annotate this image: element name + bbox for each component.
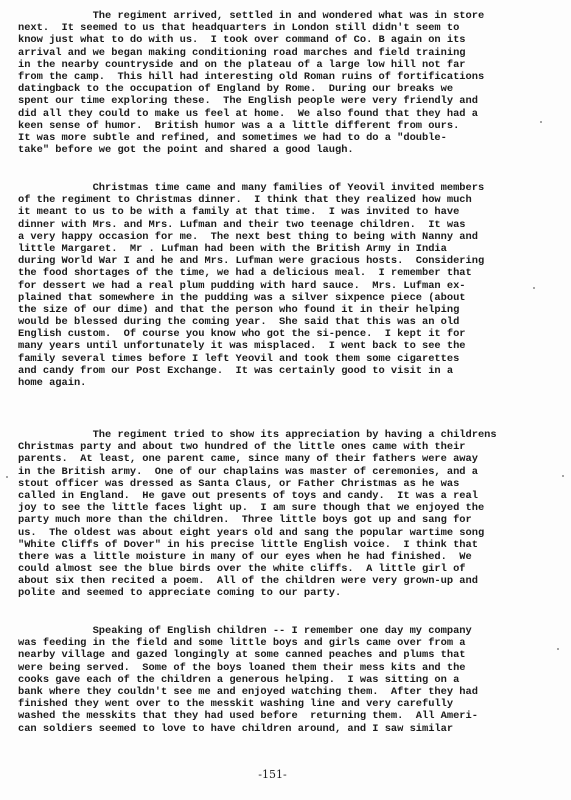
text-line: can soldiers seemed to love to have chil…: [18, 723, 558, 735]
text-line: from the camp. This hill had interesting…: [18, 71, 558, 83]
text-line: Christmas time came and many families of…: [18, 182, 558, 194]
text-line: it meant to us to be with a family at th…: [18, 206, 558, 218]
text-line: for dessert we had a real plum pudding w…: [18, 280, 558, 292]
text-line: datingback to the occupation of England …: [18, 83, 558, 95]
text-line: in the British army. One of our chaplain…: [18, 466, 558, 478]
scan-speck: [562, 475, 564, 477]
text-line: arrival and we began making conditioning…: [18, 47, 558, 59]
text-line: plained that somewhere in the pudding wa…: [18, 292, 558, 304]
paragraph-christmas-dinner: Christmas time came and many families of…: [18, 182, 558, 389]
text-line: bank where they couldn't see me and enjo…: [18, 686, 558, 698]
text-line: the size of our dime) and that the perso…: [18, 304, 558, 316]
text-line: of the regiment to Christmas dinner. I t…: [18, 194, 558, 206]
scan-speck: [6, 476, 8, 478]
text-line: The regiment arrived, settled in and won…: [18, 10, 558, 22]
text-line: us. The oldest was about eight years old…: [18, 527, 558, 539]
text-line: English custom. Of course you know who g…: [18, 328, 558, 340]
text-line: Speaking of English children -- I rememb…: [18, 625, 558, 637]
text-line: cooks gave each of the children a genero…: [18, 674, 558, 686]
text-line: parents. At least, one parent came, sinc…: [18, 453, 558, 465]
text-line: It was more subtle and refined, and some…: [18, 132, 558, 144]
text-line: family several times before I left Yeovi…: [18, 353, 558, 365]
text-line: take" before we got the point and shared…: [18, 144, 558, 156]
text-line: Christmas party and about two hundred of…: [18, 441, 558, 453]
text-line: next. It seemed to us that headquarters …: [18, 22, 558, 34]
text-line: there was a little moisture in many of o…: [18, 551, 558, 563]
text-line: The regiment tried to show its appreciat…: [18, 429, 558, 441]
text-line: about six then recited a poem. All of th…: [18, 575, 558, 587]
text-line: dinner with Mrs. and Mrs. Lufman and the…: [18, 219, 558, 231]
text-line: party much more than the children. Three…: [18, 514, 558, 526]
text-line: during World War I and he and Mrs. Lufma…: [18, 255, 558, 267]
text-line: called in England. He gave out presents …: [18, 490, 558, 502]
text-line: little Margaret. Mr . Lufman had been wi…: [18, 243, 558, 255]
page-number: -151-: [0, 768, 571, 781]
text-line: did all they could to make us feel at ho…: [18, 108, 558, 120]
text-line: the food shortages of the time, we had a…: [18, 267, 558, 279]
text-line: know just what to do with us. I took ove…: [18, 34, 558, 46]
text-line: could almost see the blue birds over the…: [18, 563, 558, 575]
paragraph-regiment-arrival: The regiment arrived, settled in and won…: [18, 10, 558, 156]
text-line: and candy from our Post Exchange. It was…: [18, 365, 558, 377]
text-line: in the nearby countryside and on the pla…: [18, 59, 558, 71]
scan-speck: [557, 648, 559, 650]
text-line: stout officer was dressed as Santa Claus…: [18, 478, 558, 490]
typewritten-page: The regiment arrived, settled in and won…: [0, 0, 571, 800]
text-line: polite and seemed to appreciate coming t…: [18, 587, 558, 599]
text-line: home again.: [18, 377, 558, 389]
text-line: joy to see the little faces light up. I …: [18, 502, 558, 514]
paragraph-childrens-party: The regiment tried to show its appreciat…: [18, 429, 558, 600]
text-line: keen sense of humor. British humor was a…: [18, 120, 558, 132]
scan-speck: [533, 287, 535, 289]
text-line: a very happy occasion for me. The next b…: [18, 231, 558, 243]
text-line: were being served. Some of the boys loan…: [18, 662, 558, 674]
text-line: washed the messkits that they had used b…: [18, 710, 558, 722]
text-line: finished they went over to the messkit w…: [18, 698, 558, 710]
text-line: nearby village and gazed longingly at so…: [18, 649, 558, 661]
text-line: "White Cliffs of Dover" in his precise l…: [18, 539, 558, 551]
text-line: spent our time exploring these. The Engl…: [18, 95, 558, 107]
text-line: many years until unfortunately it was mi…: [18, 340, 558, 352]
scan-speck: [540, 121, 542, 123]
text-line: would be blessed during the coming year.…: [18, 316, 558, 328]
text-line: was feeding in the field and some little…: [18, 637, 558, 649]
paragraph-english-children: Speaking of English children -- I rememb…: [18, 625, 558, 735]
